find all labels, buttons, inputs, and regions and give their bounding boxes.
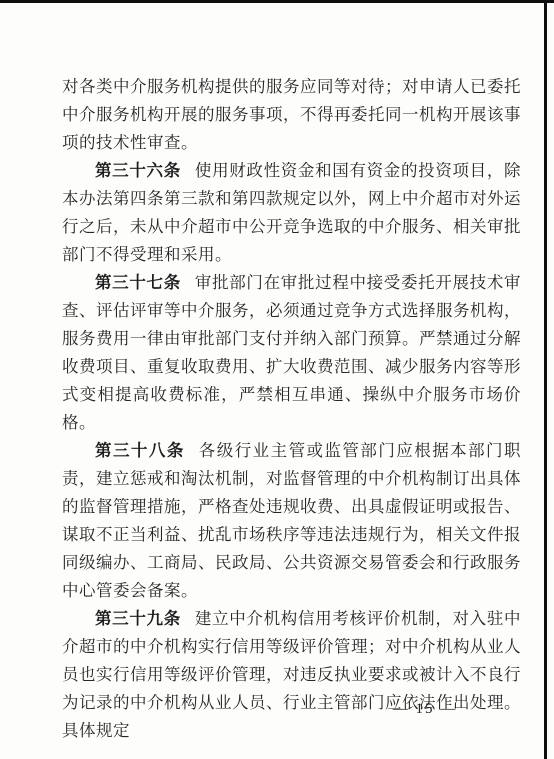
paragraph-text: 各级行业主管或监管部门应根据本部门职责，建立惩戒和淘汰机制，对监督管理的中介机构…: [62, 441, 521, 600]
paragraph-article-37: 第三十七条审批部门在审批过程中接受委托开展技术审查、评估评审等中介服务，必须通过…: [62, 269, 521, 437]
article-heading: 第三十八条: [95, 441, 185, 460]
paragraph-article-39: 第三十九条建立中介机构信用考核评价机制，对入驻中介超市的中介机构实行信用等级评价…: [62, 605, 521, 745]
paragraph-continuation: 对各类中介服务机构提供的服务应同等对待；对申请人已委托中介服务机构开展的服务事项…: [62, 73, 521, 157]
article-heading: 第三十七条: [95, 273, 181, 292]
paragraph-article-38: 第三十八条各级行业主管或监管部门应根据本部门职责，建立惩戒和淘汰机制，对监督管理…: [62, 437, 521, 605]
scan-right-border: [544, 0, 547, 759]
paragraph-text: 审批部门在审批过程中接受委托开展技术审查、评估评审等中介服务，必须通过竞争方式选…: [62, 273, 521, 432]
document-page: 对各类中介服务机构提供的服务应同等对待；对申请人已委托中介服务机构开展的服务事项…: [0, 0, 554, 759]
article-heading: 第三十六条: [95, 161, 181, 180]
scan-top-border: [0, 0, 554, 3]
page-number: — 15 —: [380, 701, 470, 718]
paragraph-text: 建立中介机构信用考核评价机制，对入驻中介超市的中介机构实行信用等级评价管理；对中…: [62, 609, 521, 740]
paragraph-text: 对各类中介服务机构提供的服务应同等对待；对申请人已委托中介服务机构开展的服务事项…: [62, 77, 521, 152]
article-heading: 第三十九条: [95, 609, 181, 628]
paragraph-article-36: 第三十六条使用财政性资金和国有资金的投资项目，除本办法第四条第三款和第四款规定以…: [62, 157, 521, 269]
document-body: 对各类中介服务机构提供的服务应同等对待；对申请人已委托中介服务机构开展的服务事项…: [62, 73, 521, 745]
